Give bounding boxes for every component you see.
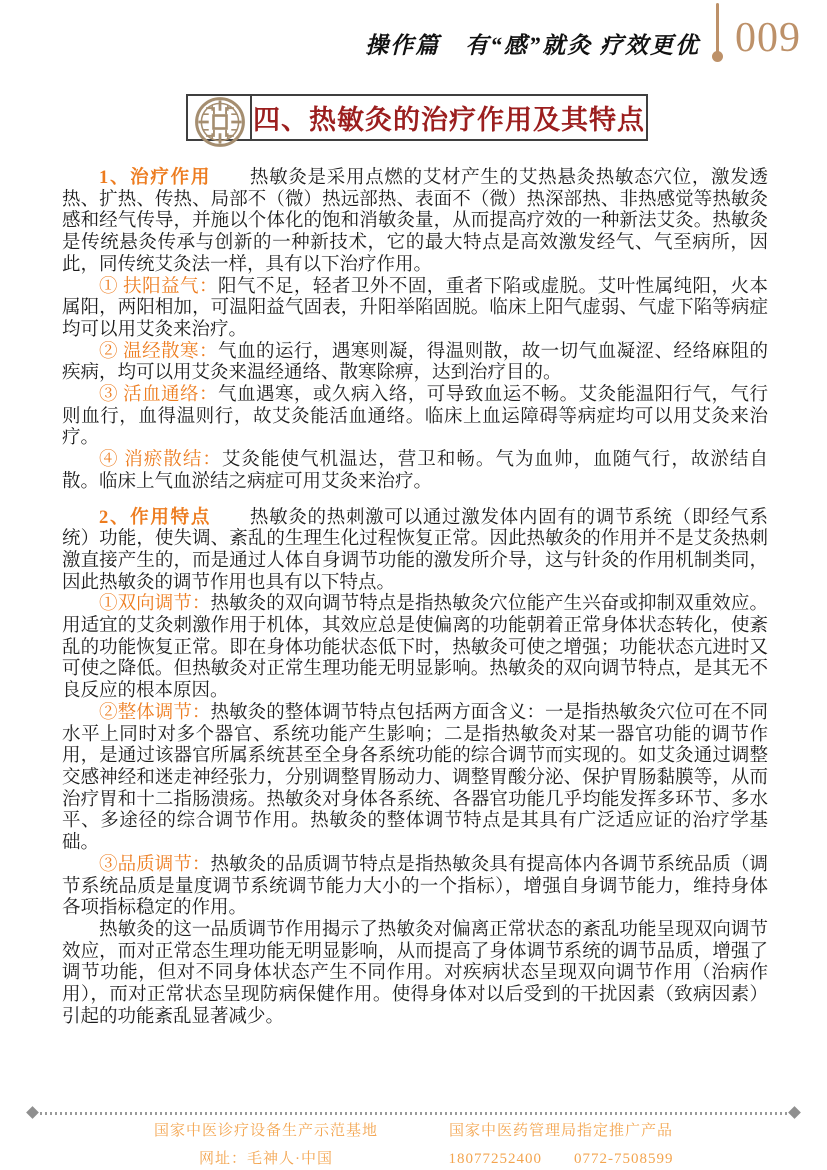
item-label: ③ 活血通络： (99, 385, 218, 405)
footer-right-column: 国家中医药管理局指定推广产品 18077252400 0772-7508599 (430, 1117, 692, 1170)
paragraph-conclusion: 热敏灸的这一品质调节作用揭示了热敏灸对偏离正常状态的紊乱功能呈现双向调节效应，而… (62, 920, 768, 1029)
paragraph-features-intro: 2、作用特点热敏灸的热刺激可以通过激发体内固有的调节系统（即经气系统）功能，使失… (62, 508, 768, 595)
page-number: 009 (735, 14, 801, 62)
paragraph-item-2: ② 温经散寒：气血的运行，遇寒则凝，得温则散，故一切气血凝涩、经络麻阻的疾病，均… (62, 342, 768, 385)
paragraph-feature-1: ①双向调节：热敏灸的双向调节特点是指热敏灸穴位能产生兴奋或抑制双重效应。用适宜的… (62, 594, 768, 703)
footer-left-column: 国家中医诊疗设备生产示范基地 网址：毛神人·中国 (120, 1117, 412, 1170)
item-label: ④ 消瘀散结： (99, 450, 222, 470)
paragraph-treatment-intro: 1、治疗作用热敏灸是采用点燃的艾材产生的艾热悬灸热敏态穴位，激发透热、扩热、传热… (62, 168, 768, 277)
item-label: ② 温经散寒： (99, 342, 218, 362)
chapter-header: 操作篇 有“感”就灸 疗效更优 (365, 27, 700, 60)
paragraph-text: 热敏灸的整体调节特点包括两方面含义：一是指热敏灸穴位可在不同水平上同时对多个器官… (62, 703, 768, 853)
item-label: ②整体调节： (99, 703, 211, 723)
item-label: ③品质调节： (99, 855, 211, 875)
book-page: 操作篇 有“感”就灸 疗效更优 009 四、热敏灸的治疗作用及其特点 1、治疗作… (0, 0, 827, 1170)
paragraph-item-1: ① 扶阳益气：阳气不足，轻者卫外不固，重者下陷或虚脱。艾叶性属纯阳，火本属阳，两… (62, 277, 768, 342)
footer-phone-numbers: 18077252400 0772-7508599 (430, 1145, 692, 1170)
paragraph-feature-3: ③品质调节：热敏灸的品质调节特点是指热敏灸具有提高体内各调节系统品质（调节系统品… (62, 855, 768, 920)
section-title-box: 四、热敏灸的治疗作用及其特点 (186, 94, 648, 141)
footer-dotted-rule (40, 1112, 787, 1115)
chinese-lattice-medallion-icon (188, 96, 252, 139)
section-title: 四、热敏灸的治疗作用及其特点 (252, 96, 646, 139)
footer-promotion-label: 国家中医药管理局指定推广产品 (430, 1117, 692, 1145)
section-label: 1、治疗作用 (99, 168, 211, 188)
body-text: 1、治疗作用热敏灸是采用点燃的艾材产生的艾热悬灸热敏态穴位，激发透热、扩热、传热… (62, 168, 768, 1028)
footer-diamond-right-icon (788, 1106, 801, 1119)
paragraph-item-3: ③ 活血通络：气血遇寒，或久病入络，可导致血运不畅。艾灸能温阳行气，气行则血行，… (62, 385, 768, 450)
paragraph-feature-2: ②整体调节：热敏灸的整体调节特点包括两方面含义：一是指热敏灸穴位可在不同水平上同… (62, 703, 768, 855)
footer-website: 网址：毛神人·中国 (120, 1145, 412, 1170)
header-divider (716, 3, 719, 53)
footer-diamond-left-icon (26, 1106, 39, 1119)
item-label: ① 扶阳益气： (99, 277, 218, 297)
footer-base-label: 国家中医诊疗设备生产示范基地 (120, 1117, 412, 1145)
item-label: ①双向调节： (99, 594, 211, 614)
section-label: 2、作用特点 (99, 508, 211, 528)
paragraph-item-4: ④ 消瘀散结：艾灸能使气机温达，营卫和畅。气为血帅，血随气行，故淤结自散。临床上… (62, 450, 768, 493)
paragraph-text: 热敏灸的这一品质调节作用揭示了热敏灸对偏离正常状态的紊乱功能呈现双向调节效应，而… (62, 920, 768, 1027)
